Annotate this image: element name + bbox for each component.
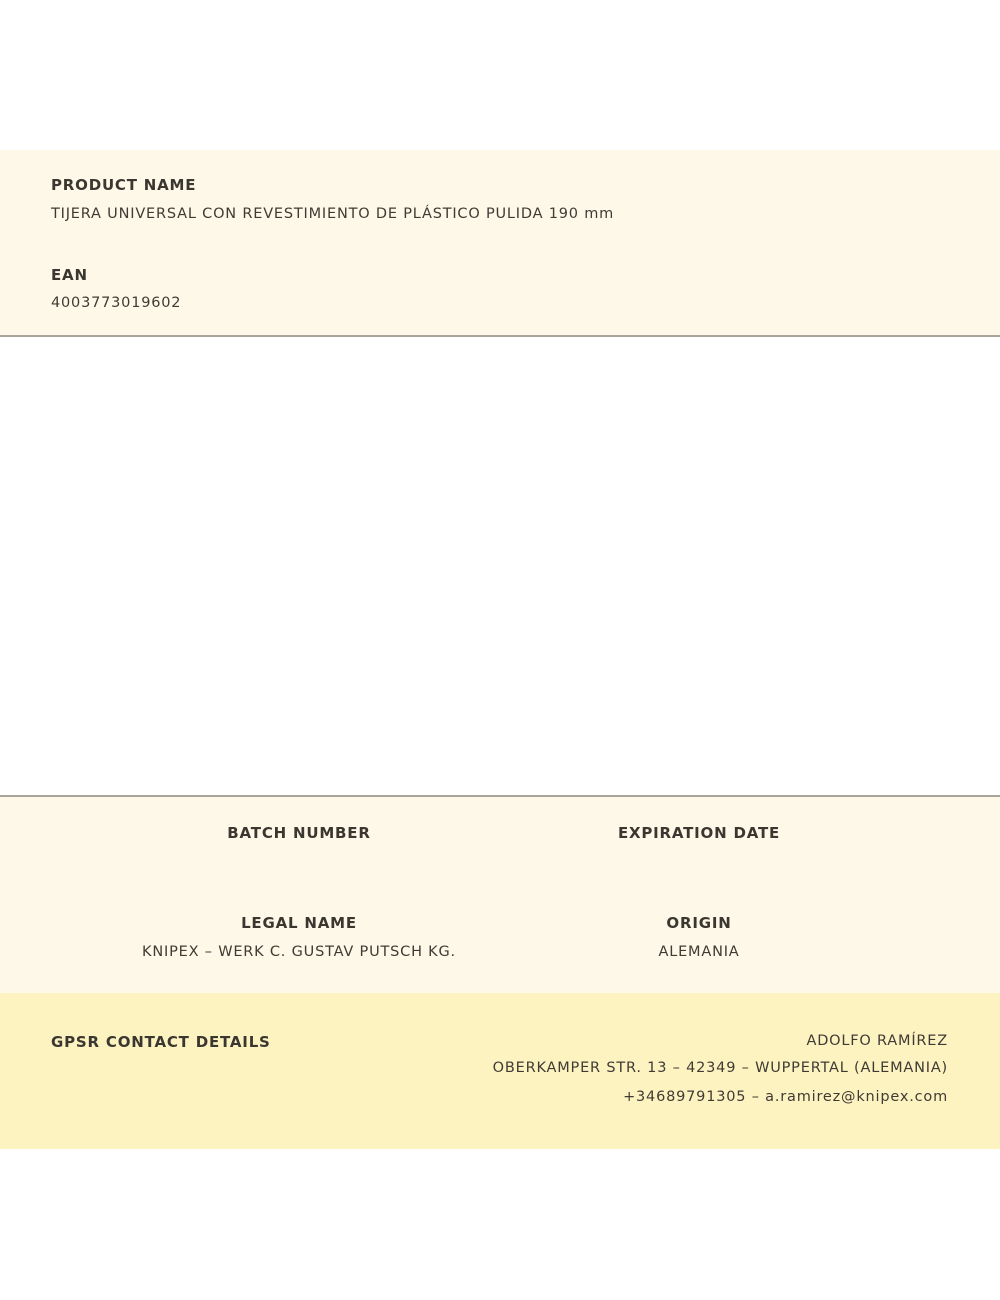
contact-name: ADOLFO RAMÍREZ	[806, 1033, 948, 1049]
legal-name-value: KNIPEX – WERK C. GUSTAV PUTSCH KG.	[142, 944, 456, 960]
expiration-date-label: EXPIRATION DATE	[618, 824, 780, 842]
product-name-value: TIJERA UNIVERSAL CON REVESTIMIENTO DE PL…	[51, 206, 614, 222]
product-name-label: PRODUCT NAME	[51, 176, 196, 194]
origin-label: ORIGIN	[666, 914, 731, 932]
origin-value: ALEMANIA	[658, 944, 739, 960]
batch-number-label: BATCH NUMBER	[227, 824, 370, 842]
product-section: PRODUCT NAME TIJERA UNIVERSAL CON REVEST…	[0, 150, 1000, 337]
ean-value: 4003773019602	[51, 295, 181, 311]
product-meta-section: BATCH NUMBER EXPIRATION DATE LEGAL NAME …	[0, 795, 1000, 995]
ean-label: EAN	[51, 266, 88, 284]
gpsr-contact-label: GPSR CONTACT DETAILS	[51, 1033, 271, 1051]
contact-address: OBERKAMPER STR. 13 – 42349 – WUPPERTAL (…	[493, 1060, 948, 1076]
legal-name-label: LEGAL NAME	[241, 914, 357, 932]
contact-phone-email: +34689791305 – a.ramirez@knipex.com	[623, 1089, 948, 1105]
gpsr-contact-section: GPSR CONTACT DETAILS ADOLFO RAMÍREZ OBER…	[0, 993, 1000, 1149]
